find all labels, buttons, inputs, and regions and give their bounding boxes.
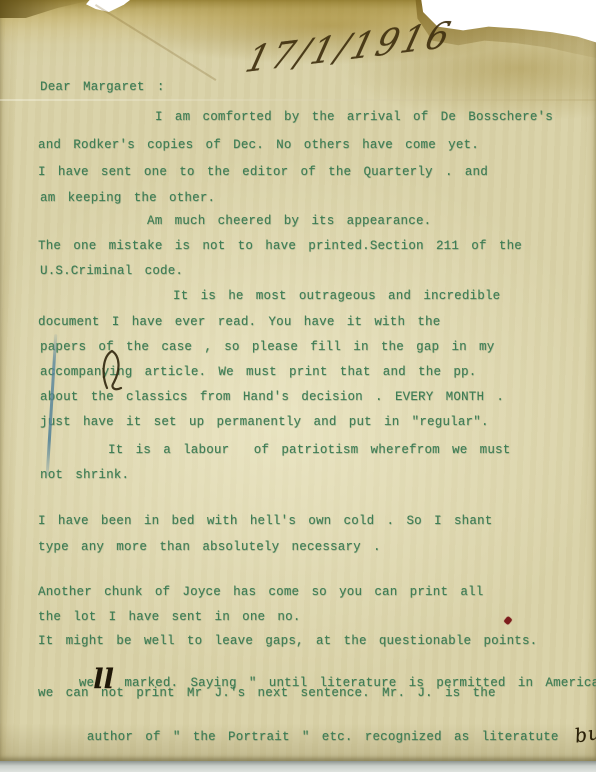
letter-line: Am much cheered by its appearance. — [147, 214, 431, 229]
letter-line: and Rodker's copies of Dec. No others ha… — [38, 138, 479, 153]
handwritten-ll-correction: ll — [93, 675, 114, 685]
scanner-bed-edge — [0, 761, 596, 772]
letter-line: the lot I have sent in one no. — [38, 610, 301, 625]
letter-line: It is a labour of patriotism wherefrom w… — [108, 443, 510, 458]
letter-line: It is he most outrageous and incredible — [173, 289, 500, 304]
ink-loop-correction-mark — [101, 348, 127, 392]
paper-fold-line — [0, 99, 596, 101]
letter-line: about the classics from Hand's decision … — [40, 390, 504, 405]
letter-line: not shrink. — [40, 468, 129, 483]
letter-line: Another chunk of Joyce has come so you c… — [38, 585, 483, 600]
handwritten-note: but he — [573, 718, 596, 744]
letter-line: I have been in bed with hell's own cold … — [38, 514, 492, 529]
letter-line-with-ink-note: author of " the Portrait " etc. recogniz… — [38, 712, 596, 760]
letter-line: I am comforted by the arrival of De Boss… — [155, 110, 553, 125]
letter-line: document I have ever read. You have it w… — [38, 315, 440, 330]
letter-line: It might be well to leave gaps, at the q… — [38, 634, 537, 649]
letter-line: I have sent one to the editor of the Qua… — [38, 165, 488, 180]
letter-line: type any more than absolutely necessary … — [38, 540, 381, 555]
scanned-letter-page: 17/1/1916 Dear Margaret : I am comforted… — [0, 0, 596, 772]
letter-line: am keeping the other. — [40, 191, 215, 206]
salutation: Dear Margaret : — [40, 80, 165, 95]
letter-line: just have it set up permanently and put … — [40, 415, 489, 430]
typed-segment: author of " the Portrait " etc. recogniz… — [87, 730, 559, 744]
letter-line: we can not print Mr J.'s next sentence. … — [38, 686, 496, 701]
letter-line: The one mistake is not to have printed.S… — [38, 239, 522, 254]
letter-line: U.S.Criminal code. — [40, 264, 183, 279]
